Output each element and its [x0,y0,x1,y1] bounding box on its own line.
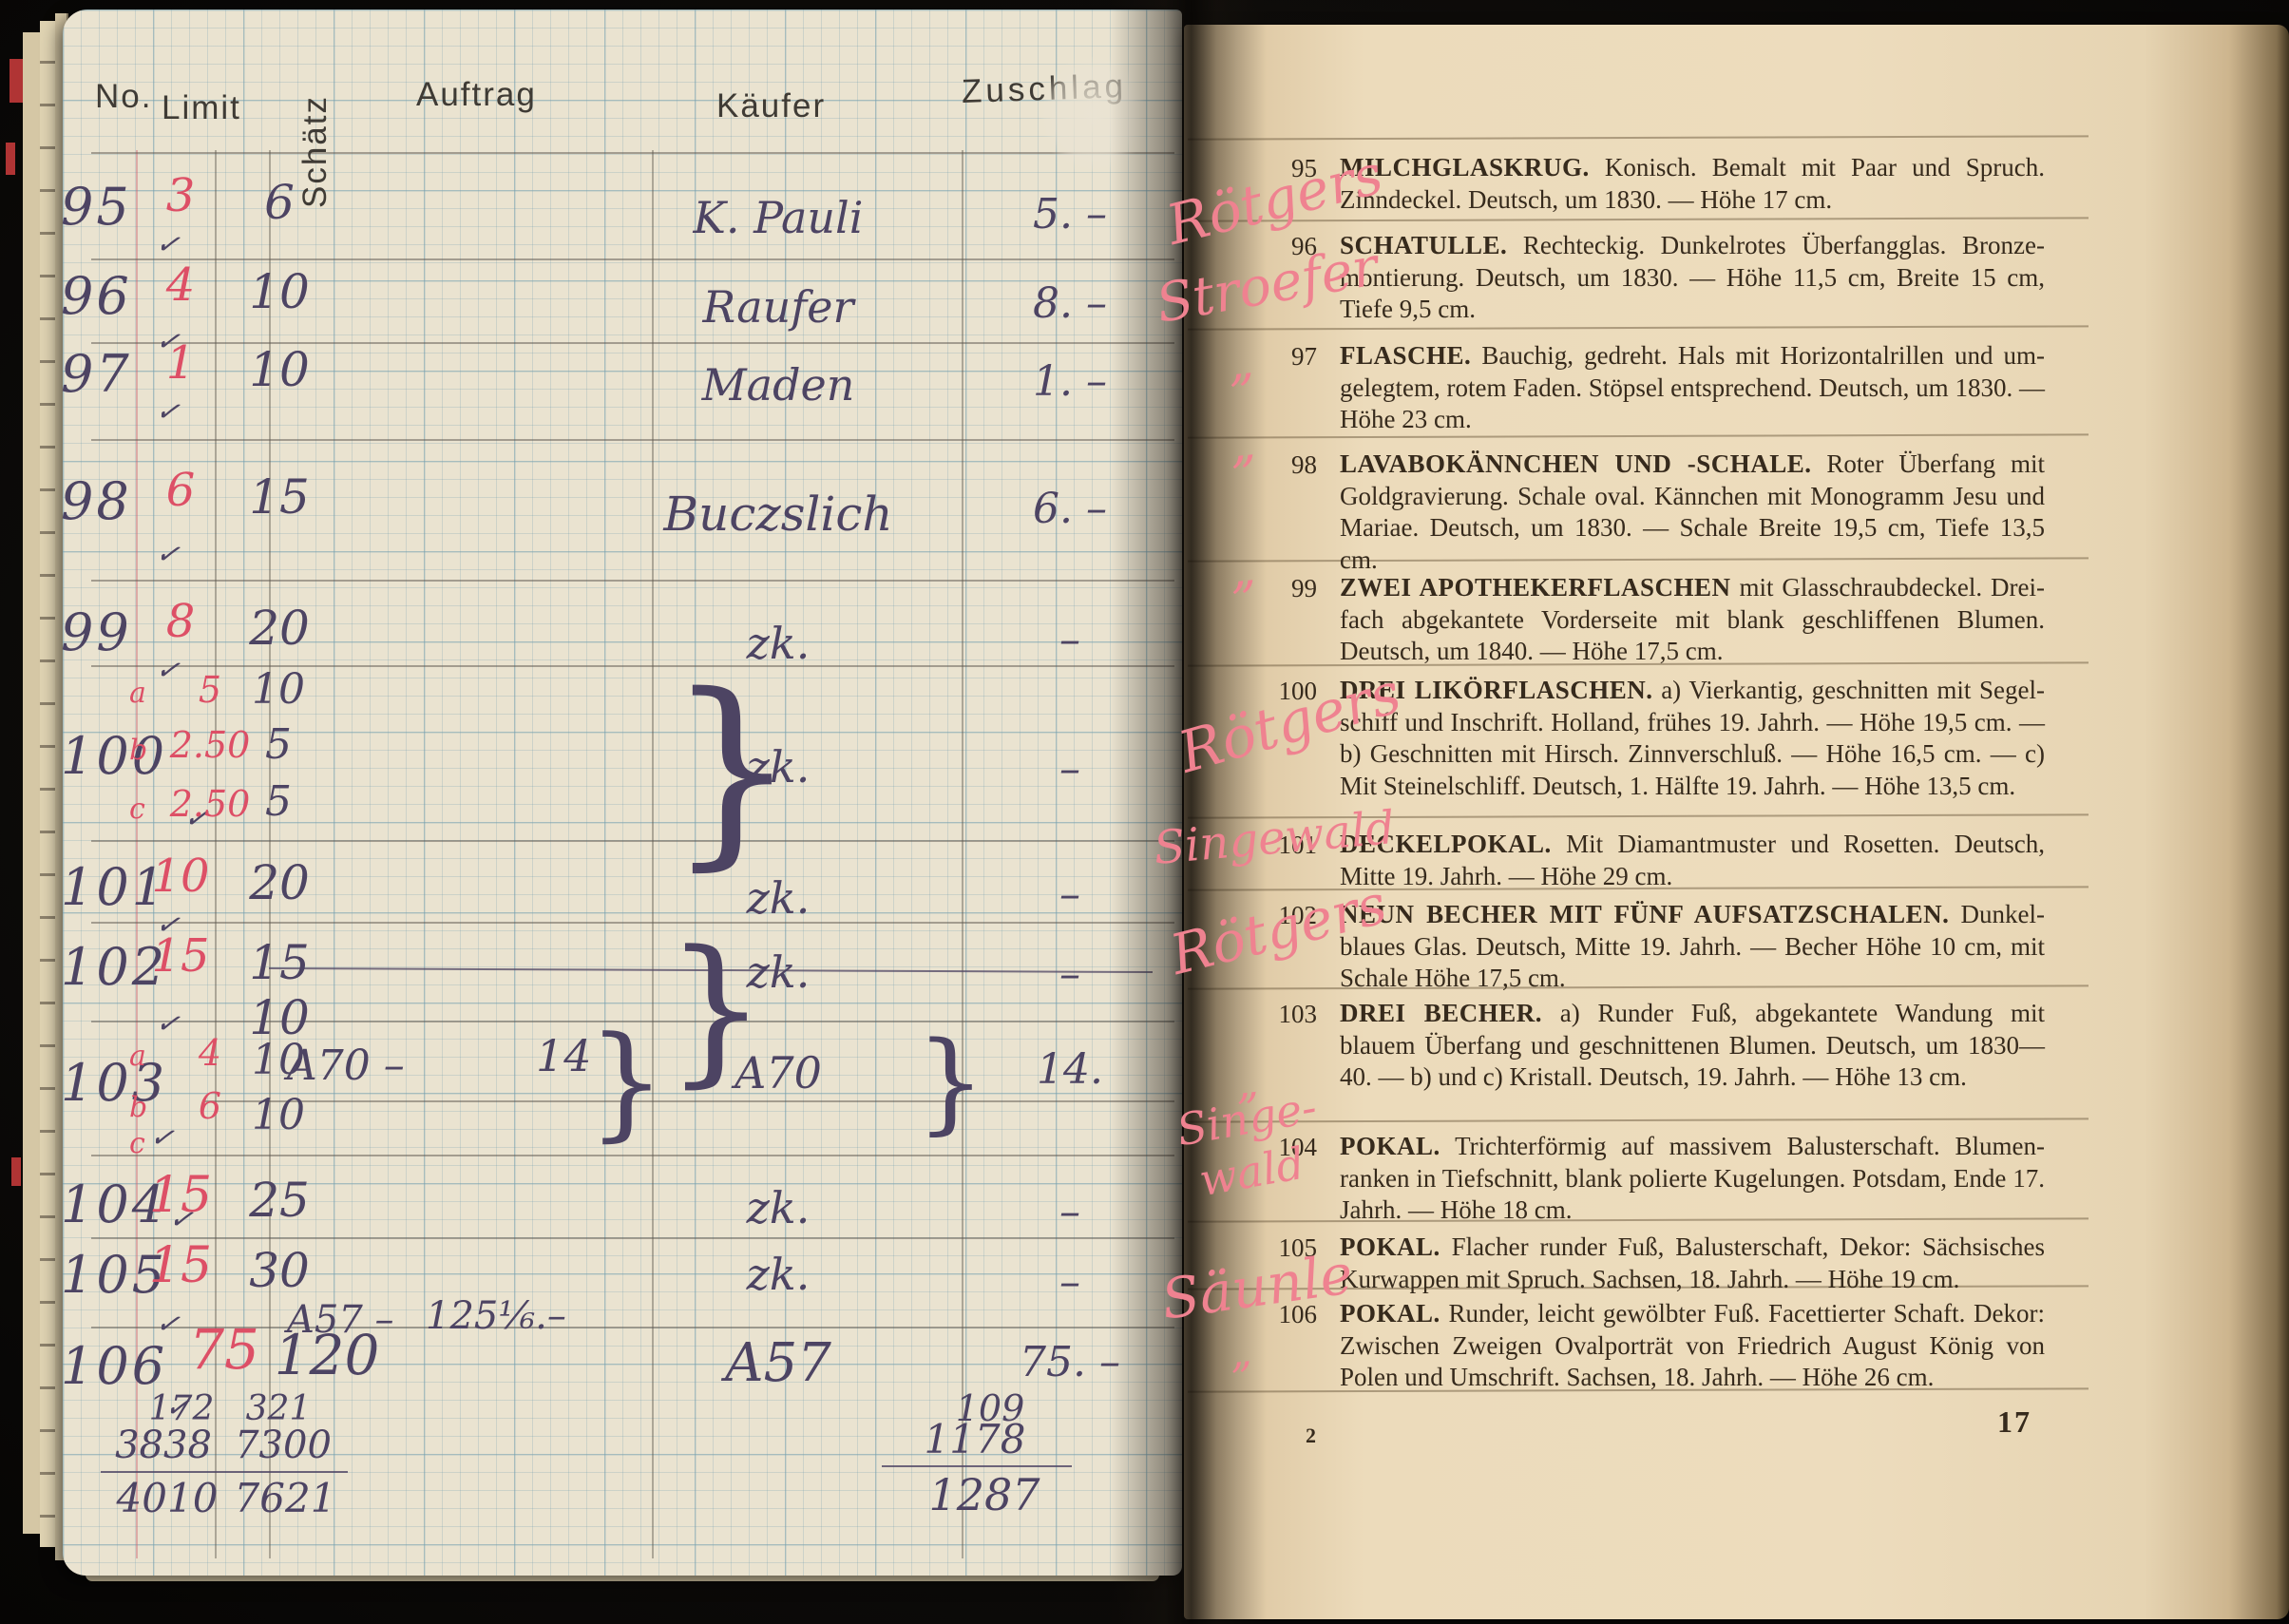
edge-speck [11,1157,21,1186]
entry-title: LAVABOKÄNNCHEN UND -SCHALE. [1340,449,1812,478]
cell-kaeufer: zk. [650,1249,906,1300]
cell-kaeufer: zk. [650,1182,906,1233]
cell-zuschlag: 14. [994,1045,1146,1094]
cell-kaeufer: Buczslich [650,487,906,542]
entry-divider [1188,1118,2089,1122]
cell-zuschlag: – [994,616,1146,664]
header-no: No. [95,78,152,116]
cell-kaeufer: Raufer [650,281,906,333]
sub-label: b [129,734,147,767]
ledger-page: No. Limit Schätz Auftrag Käufer Zuschlag… [63,10,1182,1576]
entry-title: FLASCHE. [1340,341,1471,370]
sum-line [101,1471,348,1473]
total-limit-addend: 172 [129,1389,234,1428]
row-separator [91,580,1174,582]
sub-label: a [129,1040,146,1073]
cell-zuschlag: 6. – [994,485,1146,533]
entry-text: LAVABOKÄNNCHEN UND -SCHALE. Roter Überfa… [1340,449,2045,576]
cell-zuschlag: 1. – [994,357,1146,406]
cell-limit: 75 [169,1317,279,1382]
ledger-row: 98 ✓ 6 15 Buczslich 6. – [63,471,1182,576]
sub-schaetz: 5 [226,720,331,769]
cell-limit: 8 [125,595,236,648]
cell-limit: 4 [125,258,236,312]
total-schaetz-addend: 321 [226,1389,331,1428]
cell-schaetz: 15 [222,469,336,525]
entry-number: 103 [1247,1000,1317,1029]
sub-label: c [129,1127,145,1160]
sum-line [882,1465,1072,1467]
cell-kaeufer: A57 [650,1332,906,1394]
cell-zuschlag: – [994,1188,1146,1236]
cell-limit: 15 [125,929,236,983]
cell-schaetz: 10 [222,264,336,319]
cell-zuschlag: 75. – [994,1338,1146,1386]
entry-text: POKAL. Runder, leicht gewölbter Fuß. Fac… [1340,1298,2045,1394]
cell-kaeufer: zk. [650,741,906,793]
cell-limit: 15 [125,1237,236,1294]
cell-schaetz: 30 [222,1243,336,1298]
checkmark-icon: ✓ [154,226,182,262]
cell-kaeufer: Maden [650,359,906,411]
entry-number: 97 [1247,342,1317,372]
total-limit-sum: 4010 [101,1475,234,1521]
cell-kaeufer: A70 [650,1047,906,1099]
totals-block: 172 3838 321 7300 4010 7621 109 1178 128… [63,1389,1182,1532]
entry-divider [1188,325,2089,330]
total-zuschlag-sum: 1287 [899,1469,1070,1520]
cell-limit: 10 [125,850,236,903]
sub-label: c [129,793,145,826]
entry-text: POKAL. Flacher runder Fuß, Balusterschaf… [1340,1232,2045,1295]
entry-text: SCHATULLE. Rechteckig. Dunkelrotes Überf… [1340,230,2045,326]
cell-kaeufer: zk. [650,946,906,998]
page-stack-edge [23,32,42,1534]
entry-title: ZWEI APOTHEKERFLASCHEN [1340,573,1731,602]
header-zuschlag: Zuschlag [961,67,1127,111]
ledger-row: 97 ✓ 1 10 Maden 1. – [63,344,1182,449]
cell-schaetz: 25 [222,1173,336,1228]
header-auftrag: Auftrag [416,76,537,114]
checkmark-icon: ✓ [154,536,182,572]
cell-limit: 6 [125,464,236,517]
cell-limit: 15 [125,1167,236,1224]
entry-description: Flacher runder Fuß, Balusterschaft, Deko… [1340,1232,2045,1293]
cell-auftrag-2: 14 [536,1030,592,1081]
entry-text: ZWEI APOTHEKERFLASCHEN mit Glasschraubde… [1340,572,2045,668]
cell-limit: 1 [125,336,236,390]
total-schaetz-addend: 7300 [217,1423,350,1467]
cell-auftrag: A57 – [287,1298,394,1342]
header-kaeufer: Käufer [716,87,826,125]
entry-text: POKAL. Trichterförmig auf massivem Balus… [1340,1131,2045,1227]
sub-schaetz: 5 [226,777,331,826]
cell-auftrag: A70 – [287,1041,405,1090]
page-number: 17 [1997,1404,2031,1440]
sub-label: a [129,677,146,710]
entry-description: Runder, leicht gewölbter Fuß. Facettiert… [1340,1299,2045,1391]
cell-auftrag-2: 125⅙.– [426,1294,566,1338]
signature-mark: 2 [1306,1423,1316,1448]
photographed-book-spread: No. Limit Schätz Auftrag Käufer Zuschlag… [0,0,2289,1624]
cell-schaetz: 6 [222,175,336,230]
cell-schaetz: 15 [222,935,336,990]
entry-title: DREI BECHER. [1340,999,1542,1027]
cell-zuschlag: 5. – [994,190,1146,239]
cell-zuschlag: – [994,745,1146,793]
brace-mark: } [916,1019,985,1146]
entry-title: POKAL. [1340,1232,1440,1261]
cell-limit: 3 [125,169,236,222]
entry-text: DECKELPOKAL. Mit Diamantmuster und Roset… [1340,829,2045,892]
sub-schaetz: 10 [226,1091,331,1139]
entry-text: NEUN BECHER MIT FÜNF AUFSATZSCHALEN. Dun… [1340,899,2045,995]
cell-item-number: 106 [61,1336,156,1396]
entry-title: NEUN BECHER MIT FÜNF AUFSATZSCHALEN. [1340,900,1949,928]
total-limit-addend: 3838 [97,1423,230,1467]
cell-schaetz: 20 [222,855,336,910]
cell-zuschlag: – [994,870,1146,919]
cell-zuschlag: – [994,1258,1146,1307]
row-separator [91,152,1174,154]
entry-description: Trichterförmig auf massivem Balusterscha… [1340,1132,2045,1224]
entry-text: FLASCHE. Bauchig, gedreht. Hals mit Hori… [1340,340,2045,436]
sub-schaetz: 10 [226,665,331,714]
checkmark-icon: ✓ [154,393,182,430]
cell-schaetz: 20 [222,601,336,656]
edge-speck [6,143,15,175]
sub-label: b [129,1091,147,1124]
entry-divider [1188,135,2089,140]
entry-text: DREI BECHER. a) Runder Fuß, abgekantete … [1340,998,2045,1094]
total-zuschlag-addend: 1178 [899,1416,1051,1462]
header-limit: Limit [162,89,241,127]
ledger-row: 100 ✓ a 5 10 b 2.50 5 c 2.50 5 } zk. – [63,675,1182,874]
cell-schaetz: 10 [222,342,336,397]
cell-kaeufer: K. Pauli [650,192,906,243]
entry-text: MILCHGLASKRUG. Konisch. Bemalt mit Paar … [1340,152,2045,216]
cell-zuschlag: 8. – [994,279,1146,328]
cell-zuschlag: – [994,950,1146,999]
entry-text: DREI LIKÖRFLASCHEN. a) Vierkantig, gesch… [1340,675,2045,802]
entry-title: POKAL. [1340,1132,1440,1160]
total-schaetz-sum: 7621 [219,1475,352,1521]
edge-speck [10,59,23,103]
